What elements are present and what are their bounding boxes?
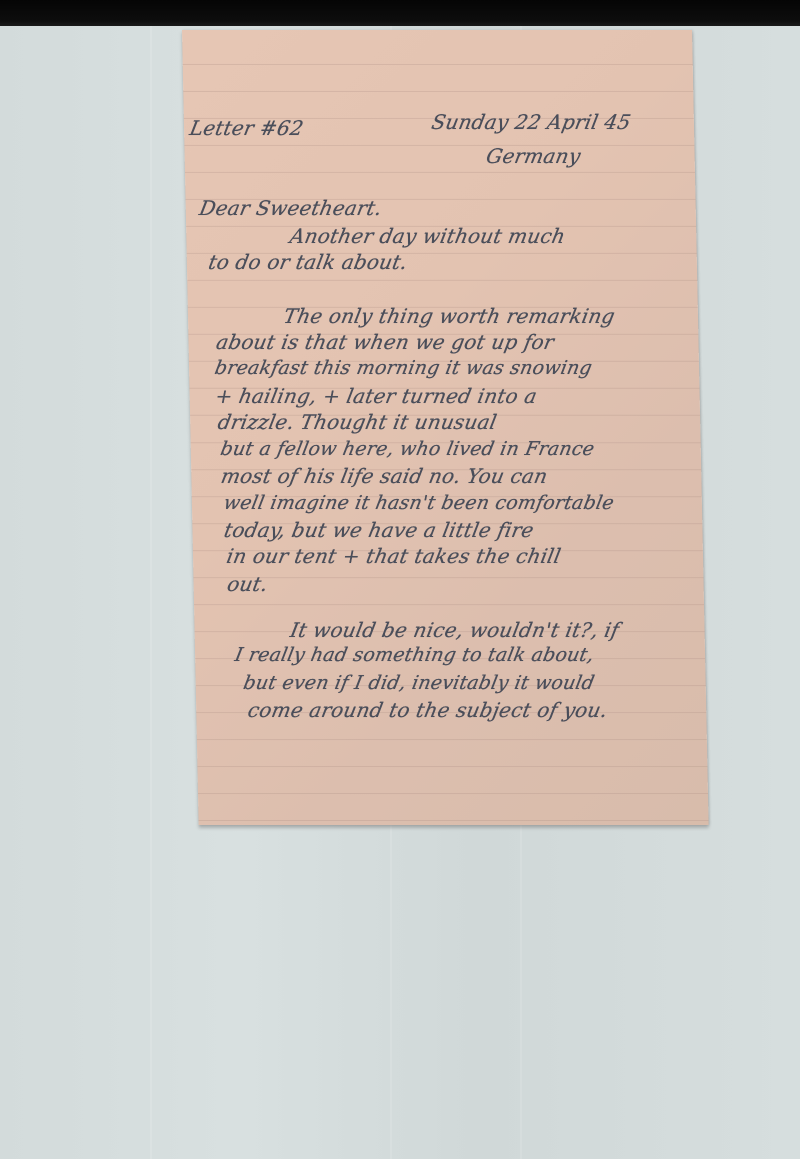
body-line: drizzle. Thought it unusual	[216, 410, 499, 434]
letter-date: Sunday 22 April 45	[430, 110, 633, 134]
salutation: Dear Sweetheart.	[197, 196, 384, 220]
body-line: about is that when we got up for	[214, 330, 556, 354]
body-line: most of his life said no. You can	[219, 464, 550, 488]
body-line: come around to the subject of you.	[246, 698, 610, 722]
body-line: I really had something to talk about,	[233, 644, 596, 666]
scanner-top-edge	[0, 0, 800, 26]
letter-number: Letter #62	[188, 116, 306, 140]
body-line: to do or talk about.	[207, 250, 410, 274]
letter-place: Germany	[484, 144, 582, 168]
body-line: The only thing worth remarking	[282, 304, 617, 328]
body-line: but a fellow here, who lived in France	[219, 438, 597, 460]
body-line: today, but we have a little fire	[222, 518, 536, 542]
letter-page: Letter #62 Sunday 22 April 45 Germany De…	[182, 30, 709, 825]
body-line: in our tent + that takes the chill	[225, 544, 563, 568]
body-line: It would be nice, wouldn't it?, if	[288, 618, 621, 642]
body-line: well imagine it hasn't been comfortable	[222, 492, 616, 514]
body-line: + hailing, + later turned into a	[213, 384, 539, 408]
body-line: breakfast this morning it was snowing	[213, 357, 594, 379]
scan-streak	[150, 26, 152, 1159]
body-line: but even if I did, inevitably it would	[242, 672, 597, 694]
body-line: Another day without much	[288, 224, 568, 248]
body-line: out.	[225, 572, 270, 596]
